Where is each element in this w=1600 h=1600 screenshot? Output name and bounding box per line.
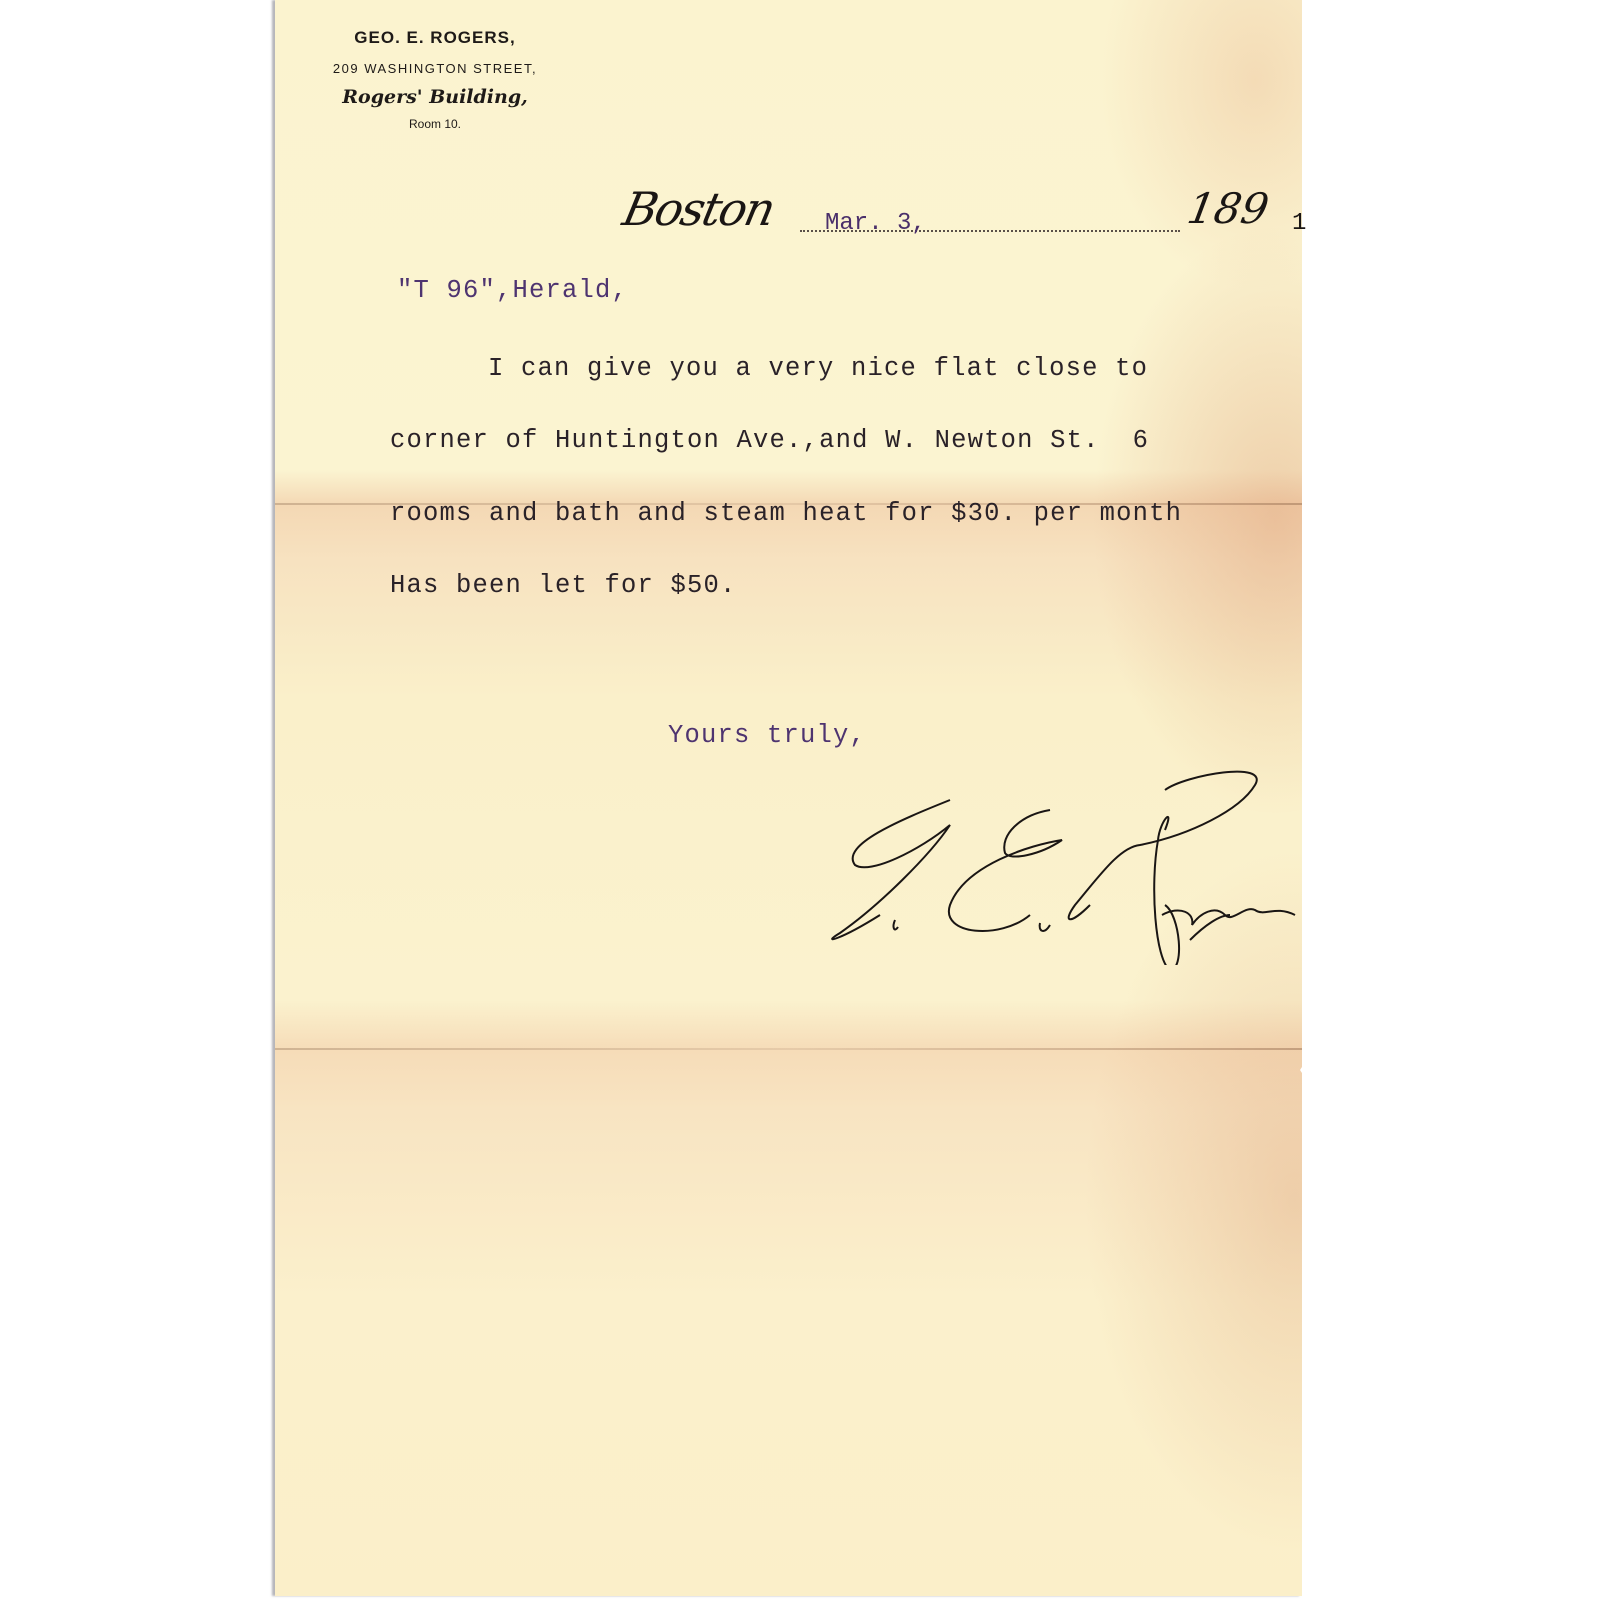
closing: Yours truly, <box>668 721 866 750</box>
letterhead-street: 209 WASHINGTON STREET, <box>300 61 570 76</box>
body-line-4: Has been let for $50. <box>390 571 737 600</box>
dateline-year-typed: 1 <box>1292 210 1306 237</box>
paper-tear-notch <box>1300 1040 1320 1100</box>
dateline-city: Boston <box>618 182 778 236</box>
body-line-1: I can give you a very nice flat close to <box>488 354 1148 383</box>
letterhead-name: GEO. E. ROGERS, <box>300 28 570 48</box>
dateline-date: Mar. 3, <box>825 210 926 237</box>
salutation: "T 96",Herald, <box>397 276 628 305</box>
signature <box>800 765 1300 965</box>
letterhead-building: Rogers' Building, <box>300 86 570 108</box>
body-line-2: corner of Huntington Ave.,and W. Newton … <box>390 426 1149 455</box>
body-line-3: rooms and bath and steam heat for $30. p… <box>390 499 1182 528</box>
dateline: Boston Mar. 3, 189 1 <box>620 180 1310 250</box>
fold-line-lower <box>275 1048 1302 1050</box>
letterhead-room: Room 10. <box>300 117 570 131</box>
dateline-year-printed: 189 <box>1184 184 1273 233</box>
letterhead: GEO. E. ROGERS, 209 WASHINGTON STREET, R… <box>300 28 570 131</box>
